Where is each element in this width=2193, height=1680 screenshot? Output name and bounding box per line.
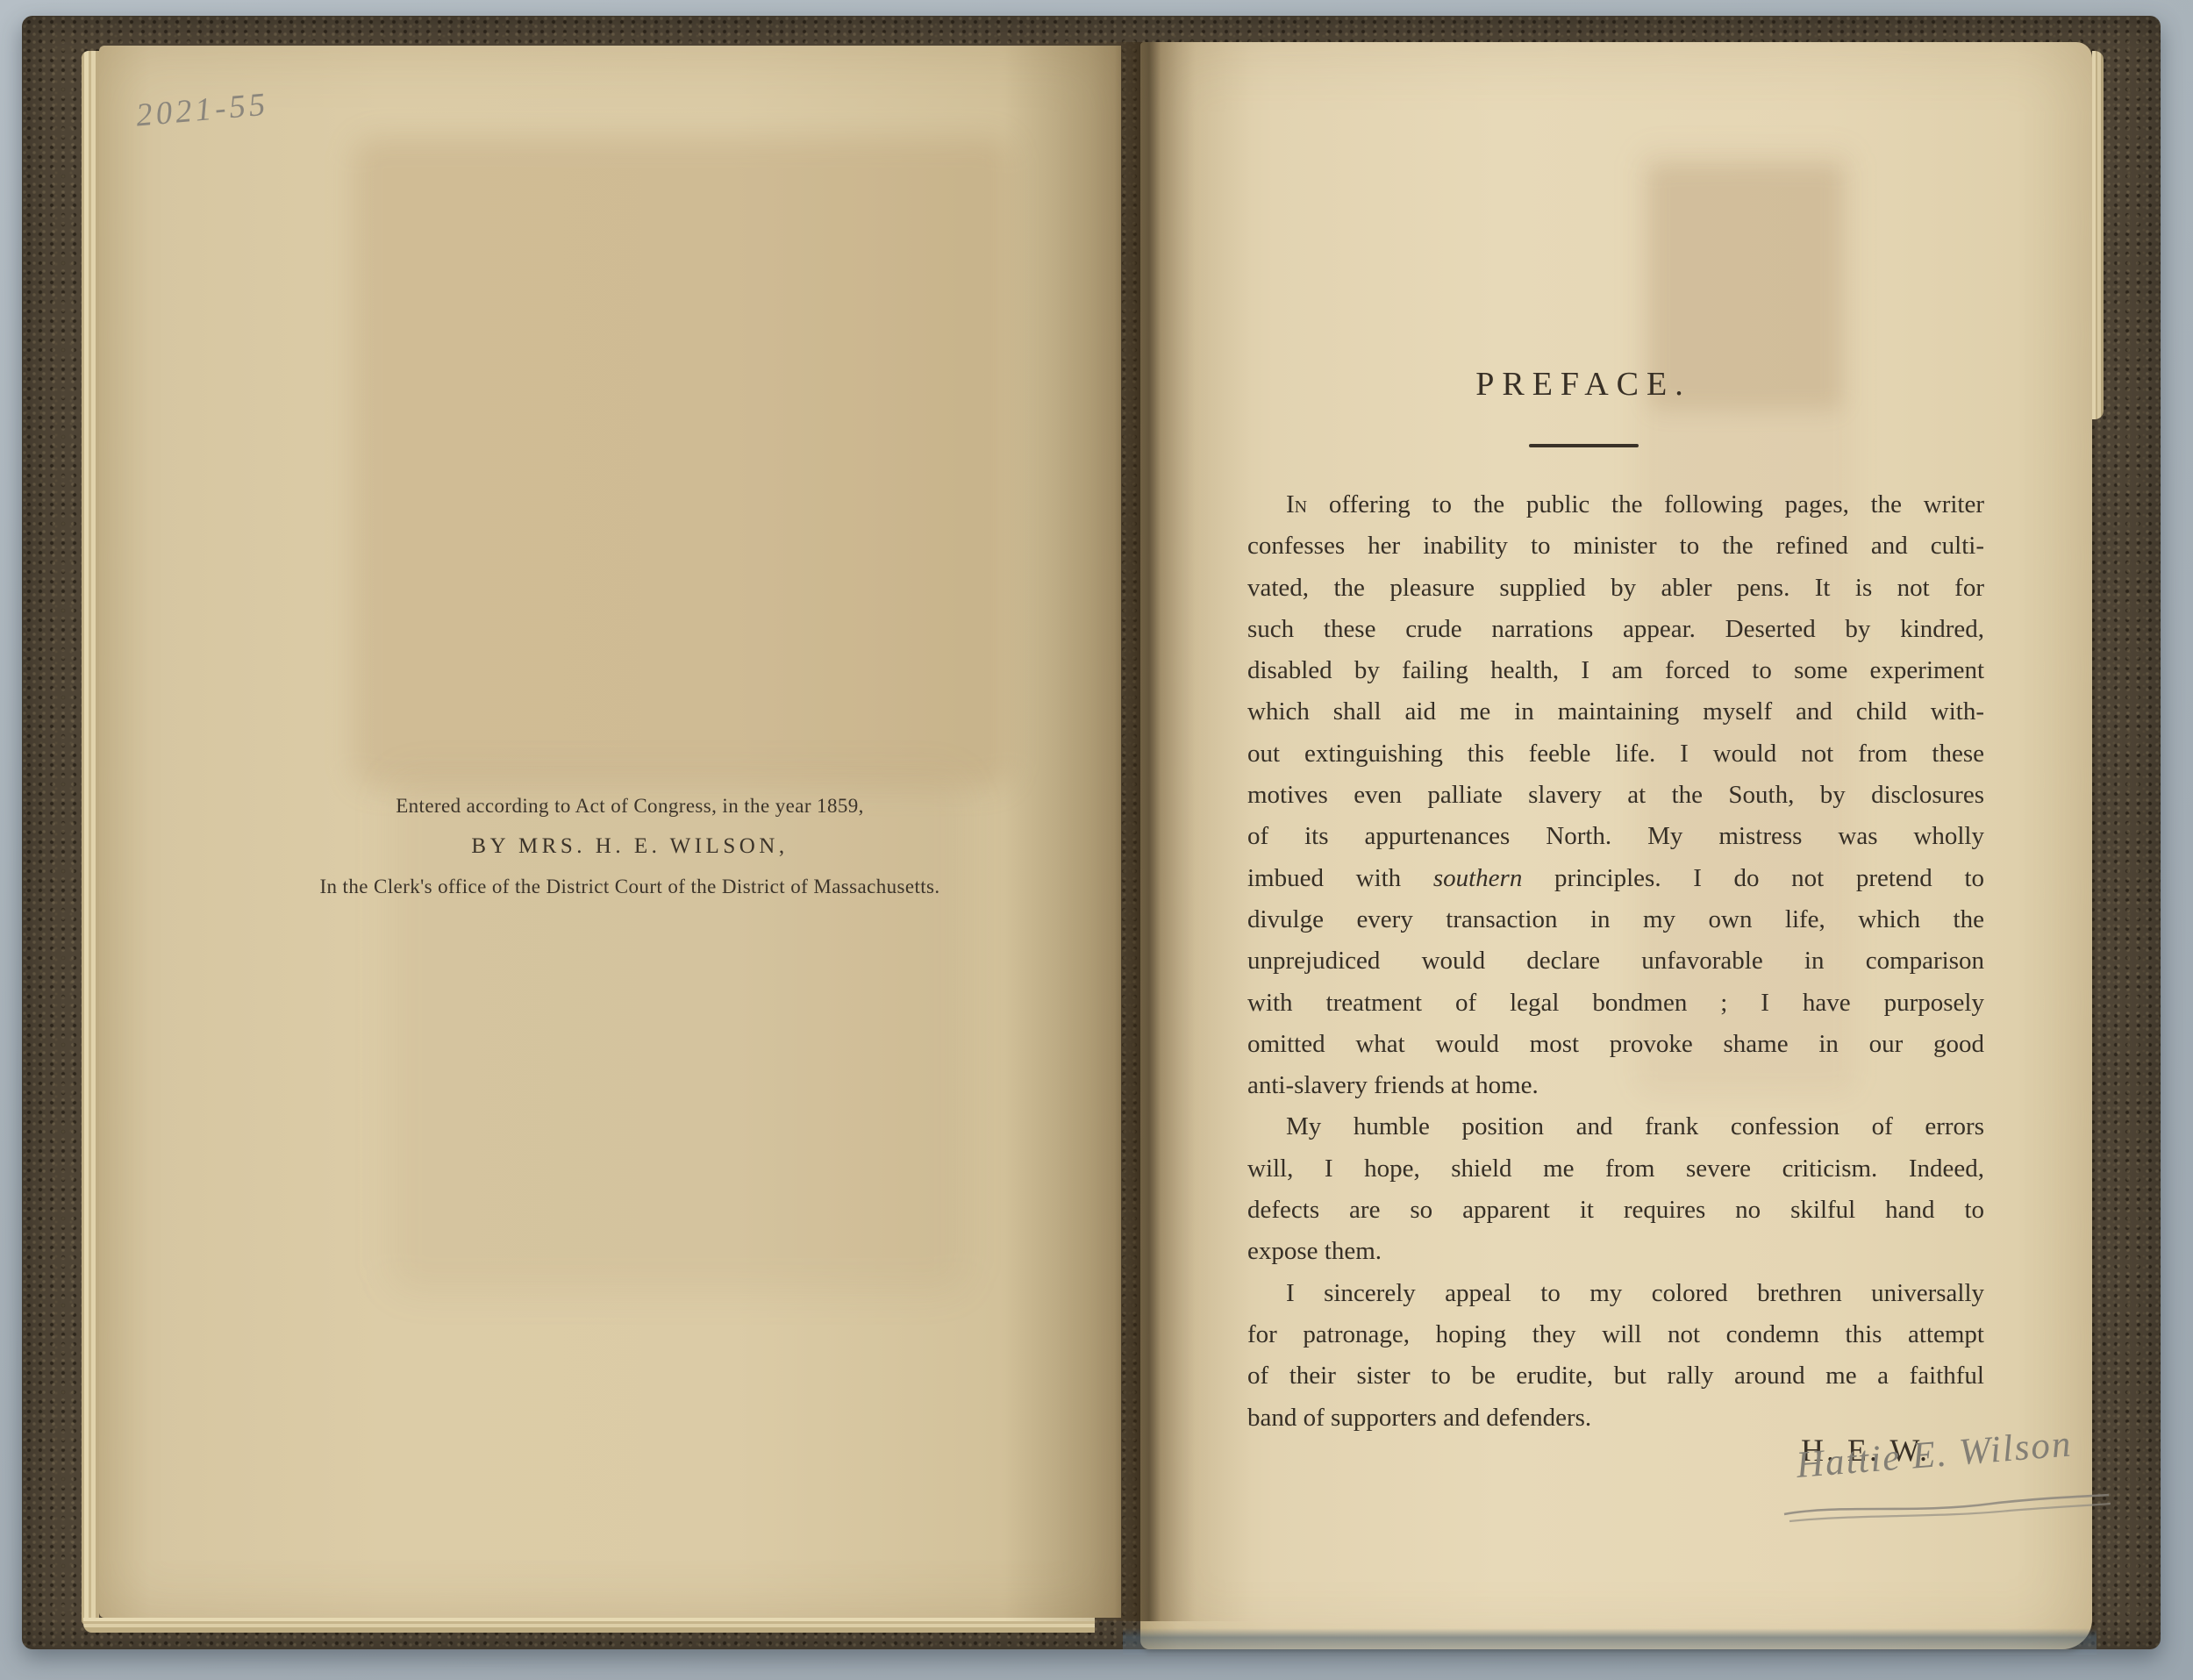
show-through-stain <box>354 138 1011 787</box>
preface-line: expose them. <box>1247 1231 1984 1272</box>
copyright-block: Entered according to Act of Congress, in… <box>191 786 1068 907</box>
copyright-line-3: In the Clerk's office of the District Co… <box>191 867 1068 907</box>
accession-number-handwritten: 2021-55 <box>134 85 269 134</box>
preface-line: My humble position and frank confession … <box>1247 1106 1984 1147</box>
signature-underline-scribble <box>1781 1488 2114 1528</box>
preface-line: In offering to the public the following … <box>1247 484 1984 525</box>
preface-line: anti-slavery friends at home. <box>1247 1065 1984 1106</box>
preface-line: defects are so apparent it requires no s… <box>1247 1190 1984 1231</box>
preface-line: out extinguishing this feeble life. I wo… <box>1247 733 1984 775</box>
copyright-line-author: BY MRS. H. E. WILSON, <box>191 826 1068 867</box>
preface-line: with treatment of legal bondmen ; I have… <box>1247 983 1984 1024</box>
preface-line: such these crude narrations appear. Dese… <box>1247 609 1984 650</box>
preface-line: confesses her inability to minister to t… <box>1247 525 1984 567</box>
right-page: PREFACE. In offering to the public the f… <box>1140 42 2092 1649</box>
heading-rule <box>1529 444 1639 447</box>
photo-background: 2021-55 Entered according to Act of Cong… <box>0 0 2193 1680</box>
preface-line: vated, the pleasure supplied by abler pe… <box>1247 568 1984 609</box>
bottom-edge-shadow <box>1123 1628 2097 1655</box>
preface-line: for patronage, hoping they will not cond… <box>1247 1314 1984 1355</box>
preface-line: imbued with southern principles. I do no… <box>1247 858 1984 899</box>
preface-line: disabled by failing health, I am forced … <box>1247 650 1984 691</box>
preface-line: omitted what would most provoke shame in… <box>1247 1024 1984 1065</box>
preface-line: divulge every transaction in my own life… <box>1247 899 1984 940</box>
preface-line: unprejudiced would declare unfavorable i… <box>1247 940 1984 982</box>
preface-line: of their sister to be erudite, but rally… <box>1247 1355 1984 1397</box>
preface-line: of its appurtenances North. My mistress … <box>1247 816 1984 857</box>
preface-line: I sincerely appeal to my colored brethre… <box>1247 1273 1984 1314</box>
preface-line: which shall aid me in maintaining myself… <box>1247 691 1984 733</box>
preface-text: In offering to the public the following … <box>1247 484 1984 1439</box>
book-cover: 2021-55 Entered according to Act of Cong… <box>22 16 2161 1649</box>
copyright-line-1: Entered according to Act of Congress, in… <box>191 786 1068 826</box>
preface-heading: PREFACE. <box>1211 365 1956 404</box>
preface-line: will, I hope, shield me from severe crit… <box>1247 1148 1984 1190</box>
left-page: 2021-55 Entered according to Act of Cong… <box>99 46 1121 1618</box>
preface-line: motives even palliate slavery at the Sou… <box>1247 775 1984 816</box>
